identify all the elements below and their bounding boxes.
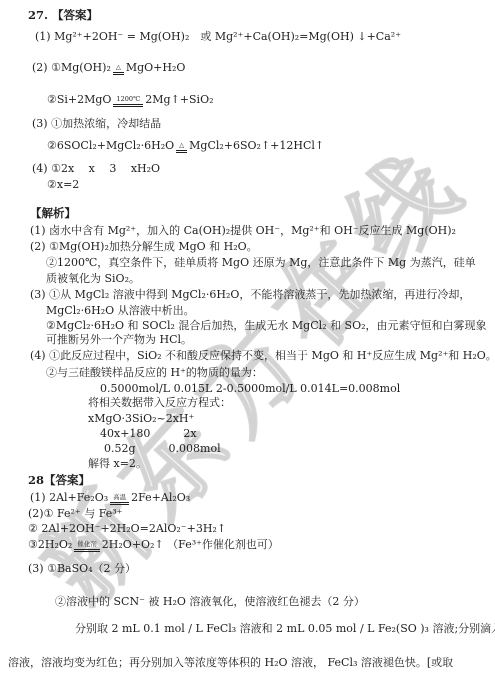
condition-text: 高温 [110, 494, 129, 505]
equation-right: MgO+H₂O [126, 61, 186, 74]
equation-right: MgCl₂+6SO₂↑+12HCl↑ [189, 139, 324, 152]
equation-right: 2Fe+Al₂O₃ [131, 491, 190, 504]
analysis-line: (3) ①从 MgCl₂ 溶液中得到 MgCl₂·6H₂O，不能将溶液蒸干，先加… [30, 287, 470, 302]
analysis-line: 质被氧化为 SiO₂。 [46, 271, 140, 286]
q27-answer-line-6: (4) ①2x x 3 xH₂O [32, 161, 160, 176]
analysis-line: ②与三硅酸镁样品反应的 H⁺的物质的量为： [46, 365, 263, 380]
answer-sheet-page: 新东方在线 27. 【答案】 (1) Mg²⁺+2OH⁻ = Mg(OH)₂ 或… [0, 0, 495, 690]
q27-answer-header: 27. 【答案】 [28, 8, 98, 23]
reaction-condition-high-temp: 高温 [110, 494, 129, 505]
equation-left: (1) 2Al+Fe₂O₃ [30, 491, 108, 504]
q27-analysis-header: 【解析】 [30, 206, 76, 221]
equation-right: 2H₂O+O₂↑ （Fe³⁺作催化剂也可） [102, 538, 279, 551]
analysis-line: (2) ①Mg(OH)₂加热分解生成 MgO 和 H₂O。 [30, 239, 258, 254]
q28-answer-line-6: ②溶液中的 SCN⁻ 被 H₂O 溶液氧化，使溶液红色褪去（2 分） [55, 594, 365, 609]
reaction-condition-catalyst: 催化剂 [74, 541, 100, 552]
condition-text: △ [176, 142, 187, 153]
q27-answer-line-5: ②6SOCl₂+MgCl₂·6H₂O△MgCl₂+6SO₂↑+12HCl↑ [47, 138, 324, 153]
analysis-line: 解得 x=2。 [88, 456, 147, 471]
q27-answer-line-3: ②Si+2MgO1200℃2Mg↑+SiO₂ [47, 92, 214, 107]
condition-text: 催化剂 [74, 541, 100, 552]
analysis-line: 将相关数据带入反应方程式： [88, 395, 231, 410]
analysis-line: ②MgCl₂·6H₂O 和 SOCl₂ 混合后加热，生成无水 MgCl₂ 和 S… [46, 318, 487, 333]
condition-text: 1200℃ [113, 96, 143, 107]
reaction-condition-1200c: 1200℃ [113, 96, 143, 107]
q27-answer-line-2: (2) ①Mg(OH)₂△MgO+H₂O [32, 60, 185, 75]
equation-left: ②Si+2MgO [47, 93, 111, 106]
q27-answer-line-1: (1) Mg²⁺+2OH⁻ = Mg(OH)₂ 或 Mg²⁺+Ca(OH)₂=M… [35, 29, 401, 44]
equation-left: ②6SOCl₂+MgCl₂·6H₂O [47, 139, 174, 152]
q28-answer-line-8: 溶液，溶液均变为红色；再分别加入等浓度等体积的 H₂O 溶液， FeCl₃ 溶液… [8, 655, 453, 670]
q28-answer-line-4: ③2H₂O₂催化剂2H₂O+O₂↑ （Fe³⁺作催化剂也可） [28, 537, 279, 552]
analysis-line: MgCl₂·6H₂O 从溶液中析出。 [46, 303, 195, 318]
q27-answer-line-4: (3) ①加热浓缩，冷却结晶 [32, 116, 161, 131]
analysis-line: 0.52g 0.008mol [104, 441, 221, 456]
condition-text: △ [113, 64, 124, 75]
analysis-line: (4) ①此反应过程中，SiO₂ 不和酸反应保持不变，相当于 MgO 和 H⁺反… [30, 348, 495, 363]
equation-left: ③2H₂O₂ [28, 538, 72, 551]
equation-left: (2) ①Mg(OH)₂ [32, 61, 111, 74]
q28-answer-line-3: ② 2Al+2OH⁻+2H₂O=2AlO₂⁻+3H₂↑ [28, 521, 226, 536]
analysis-line: 可推断另外一个产物为 HCl。 [46, 332, 192, 347]
q28-answer-line-1: (1) 2Al+Fe₂O₃高温2Fe+Al₂O₃ [30, 490, 190, 505]
q28-answer-header: 28【答案】 [28, 473, 90, 488]
analysis-line: (1) 卤水中含有 Mg²⁺，加入的 Ca(OH)₂提供 OH⁻，Mg²⁺和 O… [30, 223, 456, 238]
q28-answer-line-7: 分别取 2 mL 0.1 mol / L FeCl₃ 溶液和 2 mL 0.05… [75, 621, 495, 636]
analysis-line: ②1200℃，真空条件下，硅单质将 MgO 还原为 Mg，注意此条件下 Mg 为… [46, 255, 476, 270]
analysis-line: xMgO·3SiO₂~2xH⁺ [88, 411, 194, 426]
q28-answer-line-5: (3) ①BaSO₄（2 分） [28, 561, 136, 576]
equation-right: 2Mg↑+SiO₂ [145, 93, 213, 106]
q28-answer-line-2: (2)① Fe²⁺ 与 Fe³⁺ [28, 506, 122, 521]
reaction-condition-delta: △ [176, 142, 187, 153]
reaction-condition-delta: △ [113, 64, 124, 75]
q27-answer-line-7: ②x=2 [47, 177, 79, 192]
analysis-line: 40x+180 2x [100, 426, 197, 441]
analysis-line: 0.5000mol/L 0.015L 2-0.5000mol/L 0.014L=… [100, 381, 400, 396]
